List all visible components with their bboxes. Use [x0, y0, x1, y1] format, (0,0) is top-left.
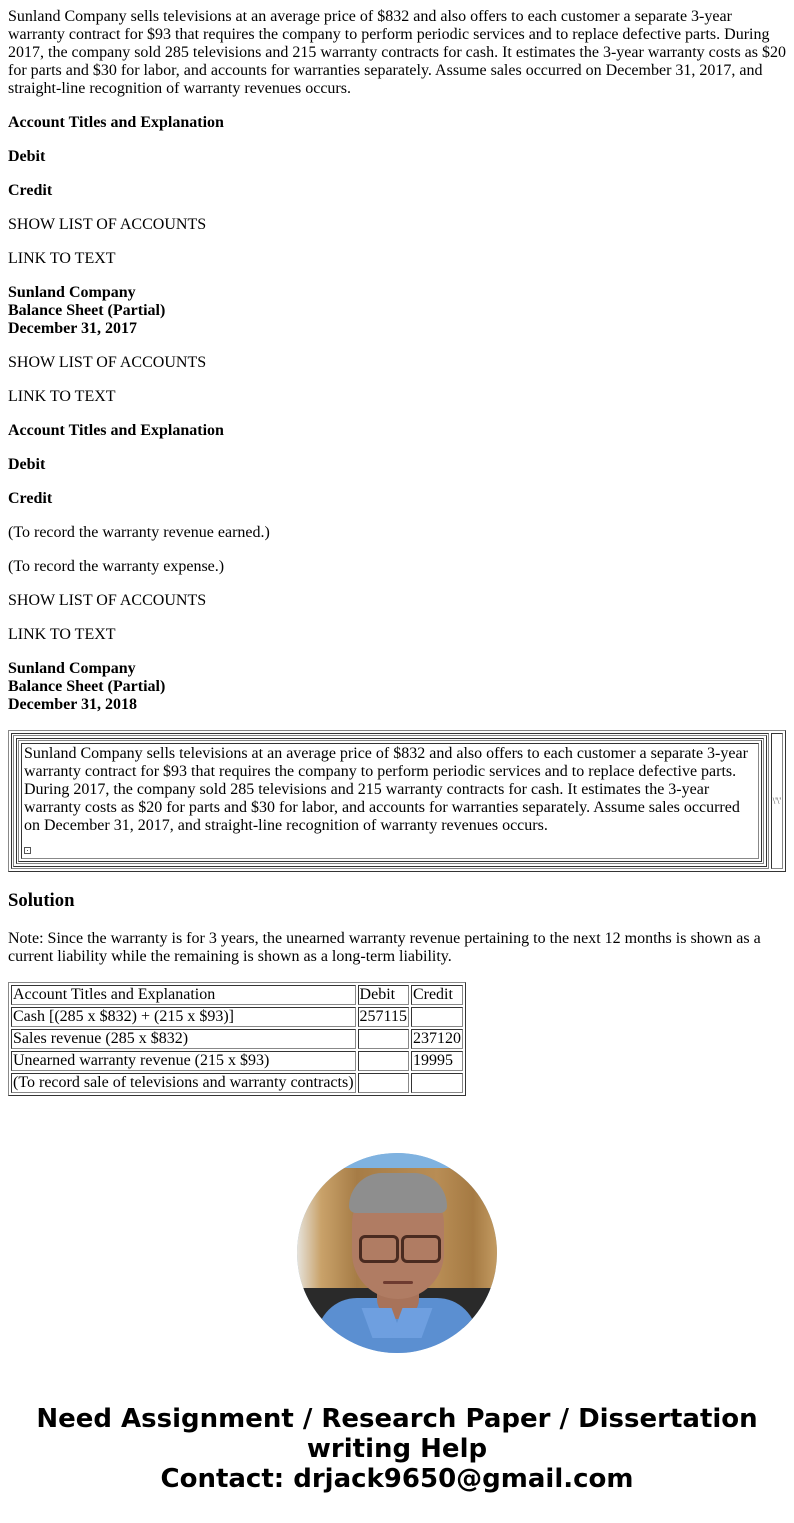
solution-heading: Solution	[8, 890, 786, 912]
debit-cell	[358, 1073, 409, 1093]
boxed-question-text: Sunland Company sells televisions at an …	[24, 745, 748, 834]
heading-account-titles: Account Titles and Explanation	[8, 114, 786, 132]
balance-sheet-2018-header: Sunland Company Balance Sheet (Partial) …	[8, 660, 786, 714]
credit-cell	[411, 1007, 463, 1027]
table-row: Cash [(285 x $832) + (215 x $93)] 257115	[11, 1007, 463, 1027]
statement-title: Balance Sheet (Partial)	[8, 302, 165, 319]
company-name: Sunland Company	[8, 284, 136, 301]
journal-entry-table: Account Titles and Explanation Debit Cre…	[8, 982, 466, 1096]
account-cell: (To record sale of televisions and warra…	[11, 1073, 356, 1093]
heading-account-titles: Account Titles and Explanation	[8, 422, 786, 440]
statement-date: December 31, 2018	[8, 696, 137, 713]
heading-debit: Debit	[8, 148, 786, 166]
account-cell: Sales revenue (285 x $832)	[11, 1029, 356, 1049]
note-warranty-revenue: (To record the warranty revenue earned.)	[8, 524, 786, 542]
heading-debit: Debit	[8, 456, 786, 474]
side-mark: \'\'	[773, 796, 781, 806]
question-box-table: Sunland Company sells televisions at an …	[8, 730, 786, 872]
side-cell: \'\'	[771, 733, 783, 869]
company-name: Sunland Company	[8, 660, 136, 677]
header-debit: Debit	[358, 985, 409, 1005]
promo-contact: Contact: drjack9650@gmail.com	[0, 1464, 794, 1494]
statement-title: Balance Sheet (Partial)	[8, 678, 165, 695]
question-box-cell: Sunland Company sells televisions at an …	[11, 733, 769, 869]
table-row: (To record sale of televisions and warra…	[11, 1073, 463, 1093]
credit-cell: 237120	[411, 1029, 463, 1049]
balance-sheet-2017-header: Sunland Company Balance Sheet (Partial) …	[8, 284, 786, 338]
promo-banner: Need Assignment / Research Paper / Disse…	[0, 1404, 794, 1494]
link-to-text[interactable]: LINK TO TEXT	[8, 388, 786, 406]
question-box-inner: Sunland Company sells televisions at an …	[18, 740, 762, 862]
show-list-of-accounts-link[interactable]: SHOW LIST OF ACCOUNTS	[8, 592, 786, 610]
debit-cell	[358, 1051, 409, 1071]
link-to-text[interactable]: LINK TO TEXT	[8, 250, 786, 268]
credit-cell: 19995	[411, 1051, 463, 1071]
image-placeholder-icon	[24, 847, 31, 854]
statement-date: December 31, 2017	[8, 320, 137, 337]
account-cell: Unearned warranty revenue (215 x $93)	[11, 1051, 356, 1071]
account-cell: Cash [(285 x $832) + (215 x $93)]	[11, 1007, 356, 1027]
show-list-of-accounts-link[interactable]: SHOW LIST OF ACCOUNTS	[8, 216, 786, 234]
note-warranty-expense: (To record the warranty expense.)	[8, 558, 786, 576]
debit-cell	[358, 1029, 409, 1049]
link-to-text[interactable]: LINK TO TEXT	[8, 626, 786, 644]
author-avatar	[297, 1153, 497, 1353]
show-list-of-accounts-link[interactable]: SHOW LIST OF ACCOUNTS	[8, 354, 786, 372]
question-intro: Sunland Company sells televisions at an …	[8, 8, 786, 98]
credit-cell	[411, 1073, 463, 1093]
solution-note: Note: Since the warranty is for 3 years,…	[8, 930, 786, 966]
table-row: Unearned warranty revenue (215 x $93) 19…	[11, 1051, 463, 1071]
heading-credit: Credit	[8, 490, 786, 508]
table-header-row: Account Titles and Explanation Debit Cre…	[11, 985, 463, 1005]
question-box-mid: Sunland Company sells televisions at an …	[13, 735, 767, 867]
header-credit: Credit	[411, 985, 463, 1005]
heading-credit: Credit	[8, 182, 786, 200]
debit-cell: 257115	[358, 1007, 409, 1027]
header-account-titles: Account Titles and Explanation	[11, 985, 356, 1005]
promo-line-1: Need Assignment / Research Paper / Disse…	[0, 1404, 794, 1434]
page-content: Sunland Company sells televisions at an …	[0, 0, 794, 1096]
promo-line-2: writing Help	[0, 1434, 794, 1464]
table-row: Sales revenue (285 x $832) 237120	[11, 1029, 463, 1049]
avatar-photo	[297, 1153, 497, 1353]
